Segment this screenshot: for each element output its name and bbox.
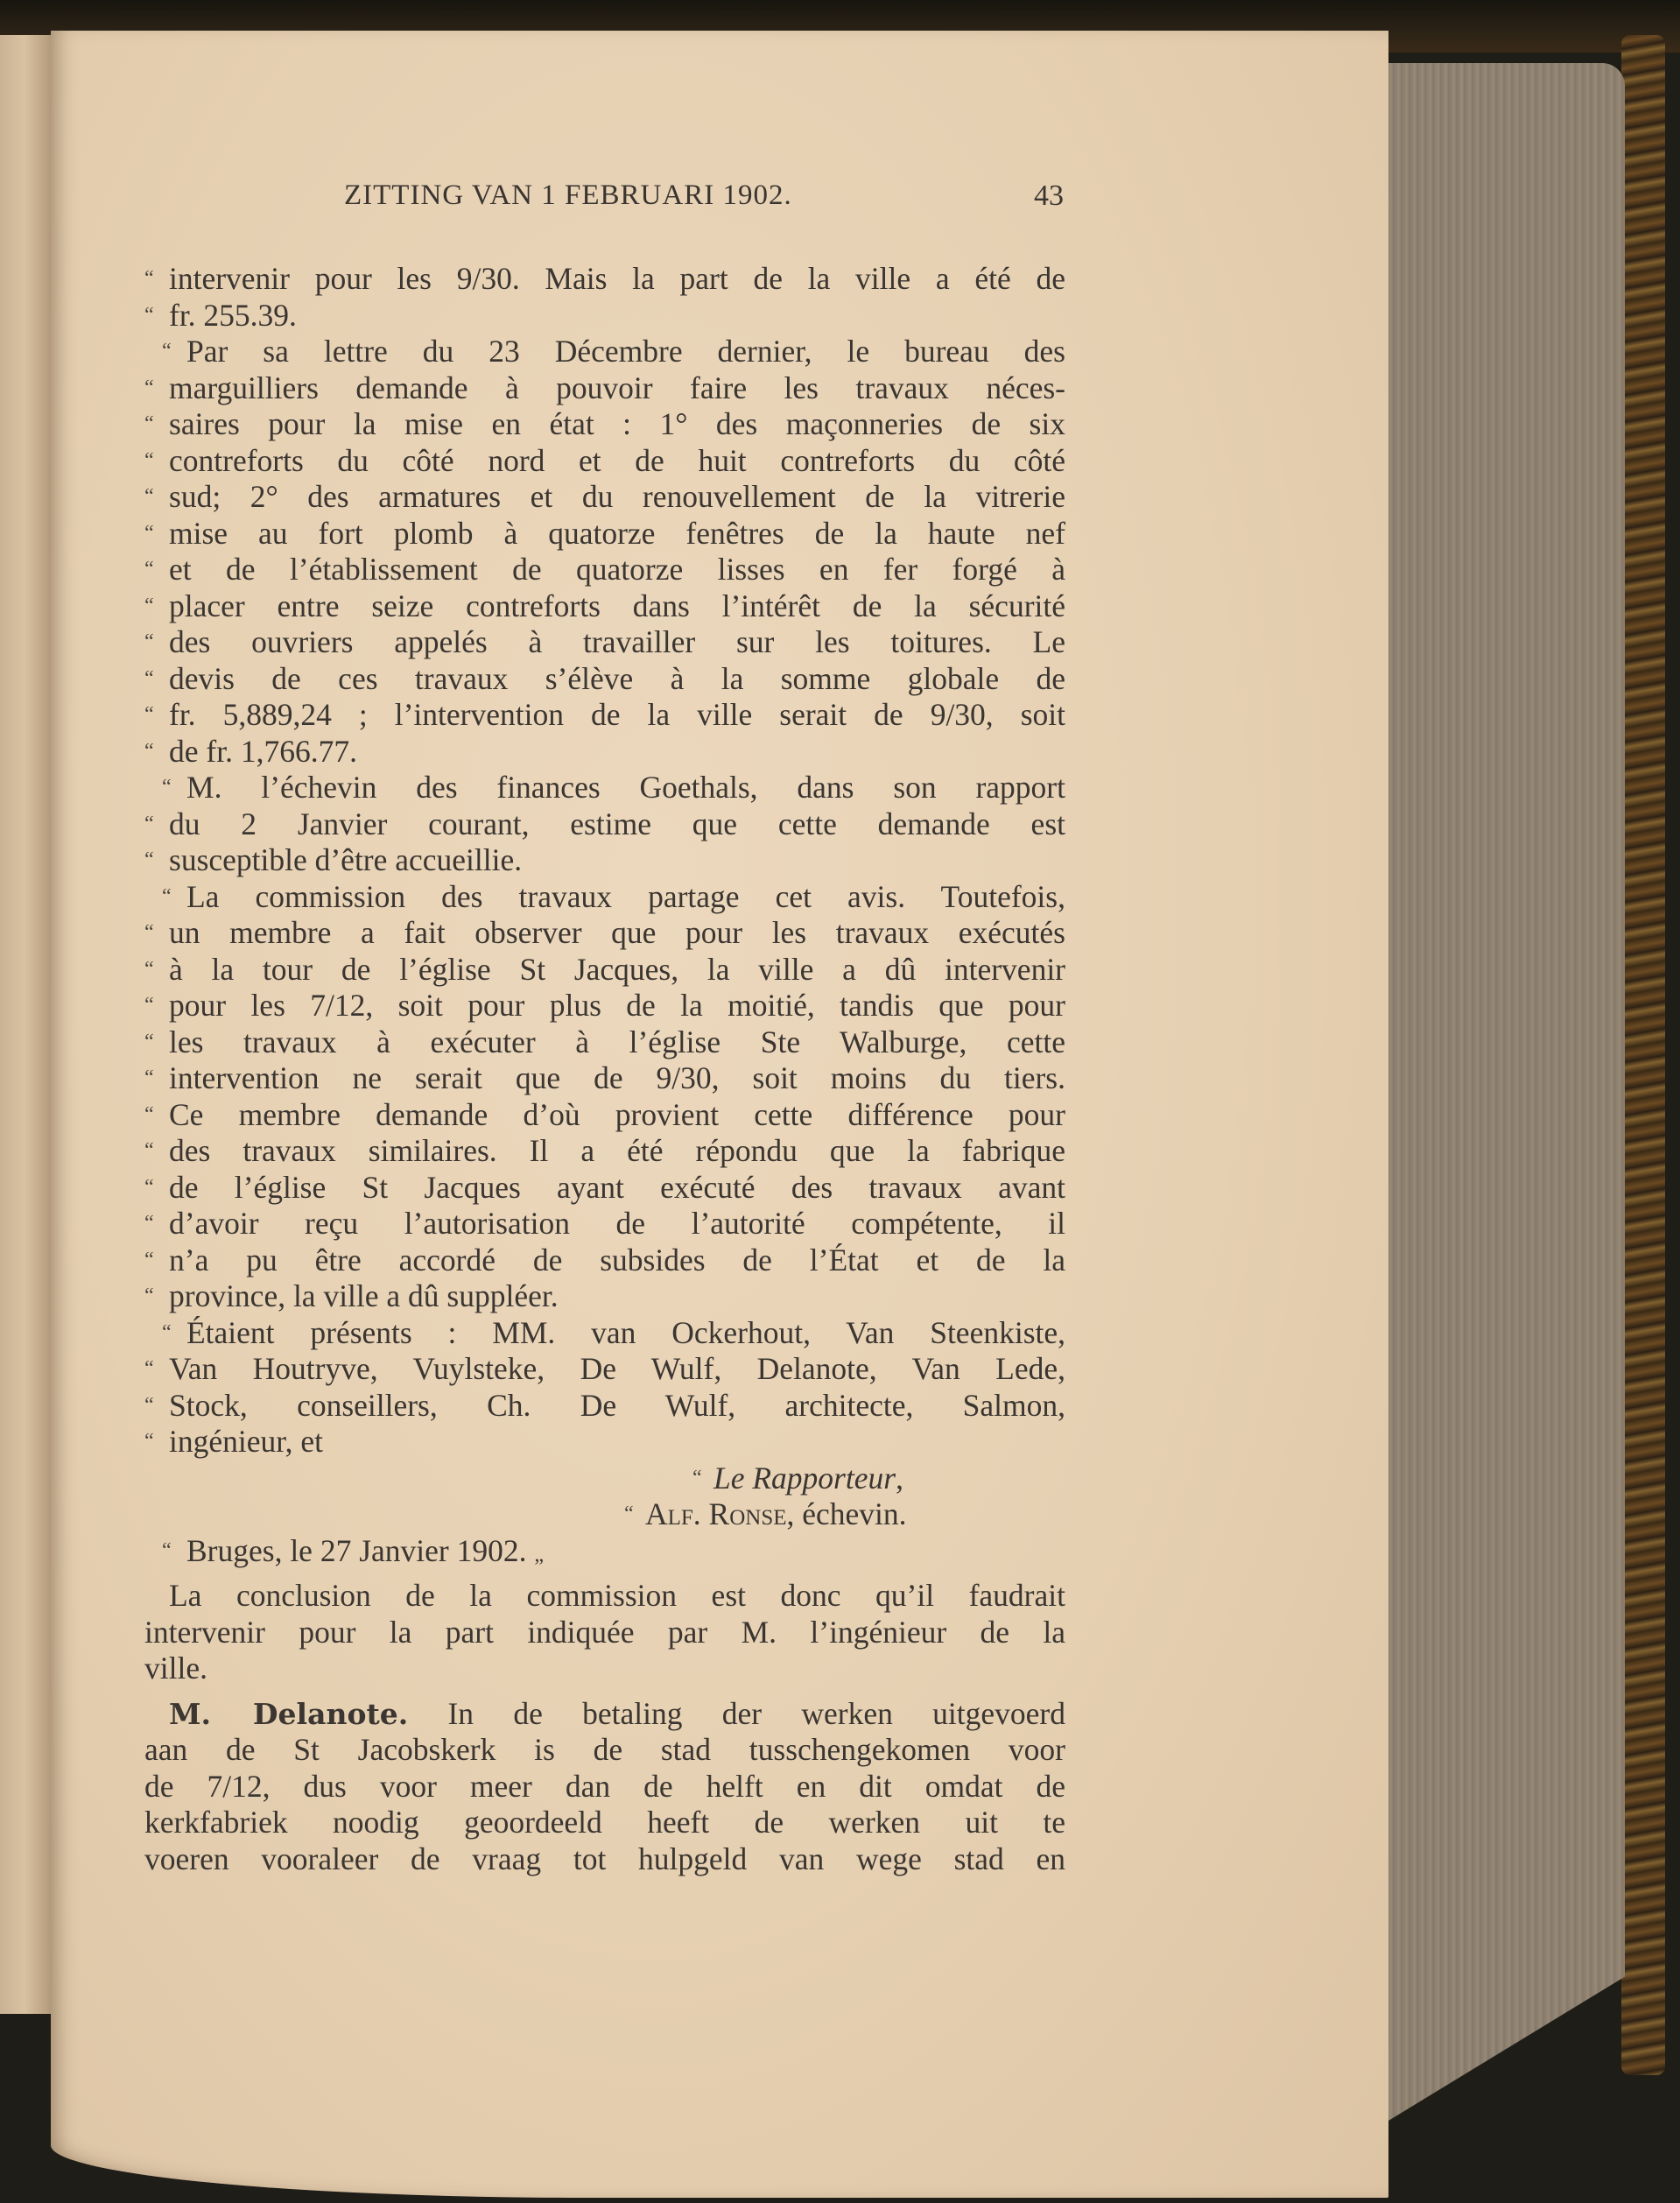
quote-mark: “ bbox=[144, 261, 154, 298]
report-line-text: n’a pu être accordé de subsides de l’Éta… bbox=[169, 1242, 1065, 1277]
report-line: “ingénieur, et bbox=[144, 1424, 1065, 1460]
report-line: “placer entre seize contreforts dans l’i… bbox=[144, 588, 1065, 625]
book-binding bbox=[1621, 35, 1665, 2075]
conclusion-line: intervenir pour la part indiquée par M. … bbox=[144, 1615, 1065, 1651]
report-line: “du 2 Janvier courant, estime que cette … bbox=[144, 806, 1065, 843]
report-line-text: intervenir pour les 9/30. Mais la part d… bbox=[169, 261, 1065, 296]
report-line: “sud; 2° des armatures et du renouvellem… bbox=[144, 479, 1065, 516]
report-line: “de fr. 1,766.77. bbox=[144, 734, 1065, 771]
quote-mark: “ bbox=[144, 552, 154, 588]
quote-mark: “ bbox=[144, 1242, 154, 1279]
quote-mark: “ bbox=[144, 406, 154, 443]
quote-mark: “ bbox=[144, 842, 154, 879]
report-line: “et de l’établissement de quatorze lisse… bbox=[144, 552, 1065, 588]
signature-title-line: “ Le Rapporteur, bbox=[144, 1460, 1065, 1497]
report-line: “des ouvriers appelés à travailler sur l… bbox=[144, 624, 1065, 661]
quote-mark: “ bbox=[144, 1170, 154, 1207]
quote-mark: “ bbox=[162, 770, 172, 806]
quote-mark: “ bbox=[692, 1460, 702, 1497]
quote-mark: “ bbox=[624, 1496, 634, 1533]
quote-mark: “ bbox=[144, 588, 154, 625]
report-line-text: intervention ne serait que de 9/30, soit… bbox=[169, 1060, 1065, 1095]
conclusion-line: ville. bbox=[144, 1650, 1065, 1687]
report-line: “Stock, conseillers, Ch. De Wulf, archit… bbox=[144, 1388, 1065, 1425]
quote-mark: “ bbox=[144, 298, 154, 334]
report-line-text: Ce membre demande d’où provient cette di… bbox=[169, 1097, 1065, 1132]
page-number: 43 bbox=[1034, 179, 1064, 213]
quote-mark: “ bbox=[144, 1060, 154, 1097]
quote-mark: “ bbox=[144, 443, 154, 480]
report-line: “Étaient présents : MM. van Ockerhout, V… bbox=[144, 1315, 1065, 1352]
running-title: ZITTING VAN 1 FEBRUARI 1902. bbox=[344, 179, 792, 212]
dateline: “ Bruges, le 27 Janvier 1902. „ bbox=[144, 1533, 1065, 1570]
speech-line: aan de St Jacobskerk is de stad tusschen… bbox=[144, 1732, 1065, 1769]
dateline-text: Bruges, le 27 Janvier 1902. bbox=[186, 1533, 526, 1568]
report-line: “Ce membre demande d’où provient cette d… bbox=[144, 1097, 1065, 1134]
report-line: “saires pour la mise en état : 1° des ma… bbox=[144, 406, 1065, 443]
report-line-text: placer entre seize contreforts dans l’in… bbox=[169, 588, 1065, 623]
quote-mark: “ bbox=[144, 516, 154, 553]
quote-mark: “ bbox=[144, 624, 154, 661]
quote-mark: “ bbox=[144, 1097, 154, 1134]
report-line: “province, la ville a dû suppléer. bbox=[144, 1278, 1065, 1315]
report-line-text: de l’église St Jacques ayant exécuté des… bbox=[169, 1170, 1065, 1205]
quote-mark: “ bbox=[144, 1206, 154, 1242]
report-line: “marguilliers demande à pouvoir faire le… bbox=[144, 370, 1065, 407]
close-quote-mark: „ bbox=[534, 1544, 544, 1566]
report-line-text: Stock, conseillers, Ch. De Wulf, archite… bbox=[169, 1388, 1065, 1423]
report-line-text: fr. 255.39. bbox=[169, 298, 297, 333]
report-line: “fr. 5,889,24 ; l’intervention de la vil… bbox=[144, 697, 1065, 734]
speech-line: voeren vooraleer de vraag tot hulpgeld v… bbox=[144, 1841, 1065, 1878]
quote-mark: “ bbox=[144, 1424, 154, 1460]
signature-name-line: “ Alf. Ronse, échevin. bbox=[144, 1496, 1065, 1533]
report-line: “intervenir pour les 9/30. Mais la part … bbox=[144, 261, 1065, 298]
quote-mark: “ bbox=[144, 988, 154, 1024]
quote-mark: “ bbox=[162, 1315, 172, 1352]
signature-title-punct: , bbox=[896, 1460, 903, 1496]
report-line: “Par sa lettre du 23 Décembre dernier, l… bbox=[144, 334, 1065, 370]
speaker-name: M. Delanote. bbox=[169, 1697, 408, 1731]
quote-mark: “ bbox=[144, 661, 154, 698]
signature-role: , échevin. bbox=[787, 1496, 907, 1531]
report-line-text: Par sa lettre du 23 Décembre dernier, le… bbox=[186, 334, 1065, 369]
report-line: “pour les 7/12, soit pour plus de la moi… bbox=[144, 988, 1065, 1024]
report-line: “un membre a fait observer que pour les … bbox=[144, 915, 1065, 952]
speech-first-line: M. Delanote. In de betaling der werken u… bbox=[144, 1696, 1065, 1733]
signature-name: Alf. Ronse bbox=[645, 1496, 787, 1531]
report-line-text: mise au fort plomb à quatorze fenêtres d… bbox=[169, 516, 1065, 551]
report-line-text: un membre a fait observer que pour les t… bbox=[169, 915, 1065, 950]
report-line-text: M. l’échevin des finances Goethals, dans… bbox=[186, 770, 1065, 805]
quote-mark: “ bbox=[162, 879, 172, 916]
report-line-text: des travaux similaires. Il a été répondu… bbox=[169, 1133, 1065, 1168]
quote-mark: “ bbox=[144, 1351, 154, 1388]
quote-mark: “ bbox=[144, 734, 154, 771]
report-line-text: susceptible d’être accueillie. bbox=[169, 842, 522, 877]
report-line-text: d’avoir reçu l’autorisation de l’autorit… bbox=[169, 1206, 1065, 1241]
running-head: ZITTING VAN 1 FEBRUARI 1902. 43 bbox=[169, 179, 1064, 223]
quote-mark: “ bbox=[162, 1533, 172, 1570]
report-line: “devis de ces travaux s’élève à la somme… bbox=[144, 661, 1065, 698]
report-line: “Van Houtryve, Vuylsteke, De Wulf, Delan… bbox=[144, 1351, 1065, 1388]
report-line-text: sud; 2° des armatures et du renouvelleme… bbox=[169, 479, 1065, 514]
speech-text: In de betaling der werken uitgevoerd bbox=[447, 1696, 1065, 1731]
quote-mark: “ bbox=[144, 1388, 154, 1425]
speech-line: de 7/12, dus voor meer dan de helft en d… bbox=[144, 1769, 1065, 1805]
quoted-report: “intervenir pour les 9/30. Mais la part … bbox=[144, 261, 1065, 1460]
report-line-text: province, la ville a dû suppléer. bbox=[169, 1278, 559, 1313]
quote-mark: “ bbox=[144, 370, 154, 407]
report-line-text: à la tour de l’église St Jacques, la vil… bbox=[169, 952, 1065, 987]
quote-mark: “ bbox=[144, 1024, 154, 1061]
quote-mark: “ bbox=[144, 479, 154, 516]
report-line: “des travaux similaires. Il a été répond… bbox=[144, 1133, 1065, 1170]
quote-mark: “ bbox=[144, 952, 154, 989]
report-line: “d’avoir reçu l’autorisation de l’autori… bbox=[144, 1206, 1065, 1242]
quote-mark: “ bbox=[144, 915, 154, 952]
report-line-text: fr. 5,889,24 ; l’intervention de la vill… bbox=[169, 697, 1065, 732]
report-line: “à la tour de l’église St Jacques, la vi… bbox=[144, 952, 1065, 989]
body-text: “intervenir pour les 9/30. Mais la part … bbox=[144, 261, 1065, 1877]
report-line: “contreforts du côté nord et de huit con… bbox=[144, 443, 1065, 480]
quote-mark: “ bbox=[162, 334, 172, 370]
report-line-text: contreforts du côté nord et de huit cont… bbox=[169, 443, 1065, 478]
quote-mark: “ bbox=[144, 697, 154, 734]
report-line: “susceptible d’être accueillie. bbox=[144, 842, 1065, 879]
report-line-text: saires pour la mise en état : 1° des maç… bbox=[169, 406, 1065, 441]
signature-title: Le Rapporteur bbox=[713, 1460, 896, 1496]
report-line: “de l’église St Jacques ayant exécuté de… bbox=[144, 1170, 1065, 1207]
report-line-text: les travaux à exécuter à l’église Ste Wa… bbox=[169, 1024, 1065, 1059]
quote-mark: “ bbox=[144, 1133, 154, 1170]
report-line: “M. l’échevin des finances Goethals, dan… bbox=[144, 770, 1065, 806]
report-line: “mise au fort plomb à quatorze fenêtres … bbox=[144, 516, 1065, 553]
report-line-text: pour les 7/12, soit pour plus de la moit… bbox=[169, 988, 1065, 1023]
report-line-text: La commission des travaux partage cet av… bbox=[186, 879, 1065, 914]
quote-mark: “ bbox=[144, 1278, 154, 1315]
report-line-text: marguilliers demande à pouvoir faire les… bbox=[169, 370, 1065, 405]
report-line-text: ingénieur, et bbox=[169, 1424, 323, 1459]
report-line-text: devis de ces travaux s’élève à la somme … bbox=[169, 661, 1065, 696]
conclusion-line: La conclusion de la commission est donc … bbox=[144, 1578, 1065, 1615]
report-line-text: des ouvriers appelés à travailler sur le… bbox=[169, 624, 1065, 659]
report-line: “n’a pu être accordé de subsides de l’Ét… bbox=[144, 1242, 1065, 1279]
report-line: “fr. 255.39. bbox=[144, 298, 1065, 334]
report-line-text: et de l’établissement de quatorze lisses… bbox=[169, 552, 1065, 587]
report-line-text: Van Houtryve, Vuylsteke, De Wulf, Delano… bbox=[169, 1351, 1065, 1386]
speech-line: kerkfabriek noodig geoordeeld heeft de w… bbox=[144, 1805, 1065, 1841]
report-line-text: de fr. 1,766.77. bbox=[169, 734, 357, 769]
report-line-text: du 2 Janvier courant, estime que cette d… bbox=[169, 806, 1065, 841]
page-block-edge bbox=[1388, 63, 1625, 2121]
quote-mark: “ bbox=[144, 806, 154, 843]
report-line: “les travaux à exécuter à l’église Ste W… bbox=[144, 1024, 1065, 1061]
report-line-text: Étaient présents : MM. van Ockerhout, Va… bbox=[186, 1315, 1065, 1350]
report-line: “La commission des travaux partage cet a… bbox=[144, 879, 1065, 916]
report-line: “intervention ne serait que de 9/30, soi… bbox=[144, 1060, 1065, 1097]
